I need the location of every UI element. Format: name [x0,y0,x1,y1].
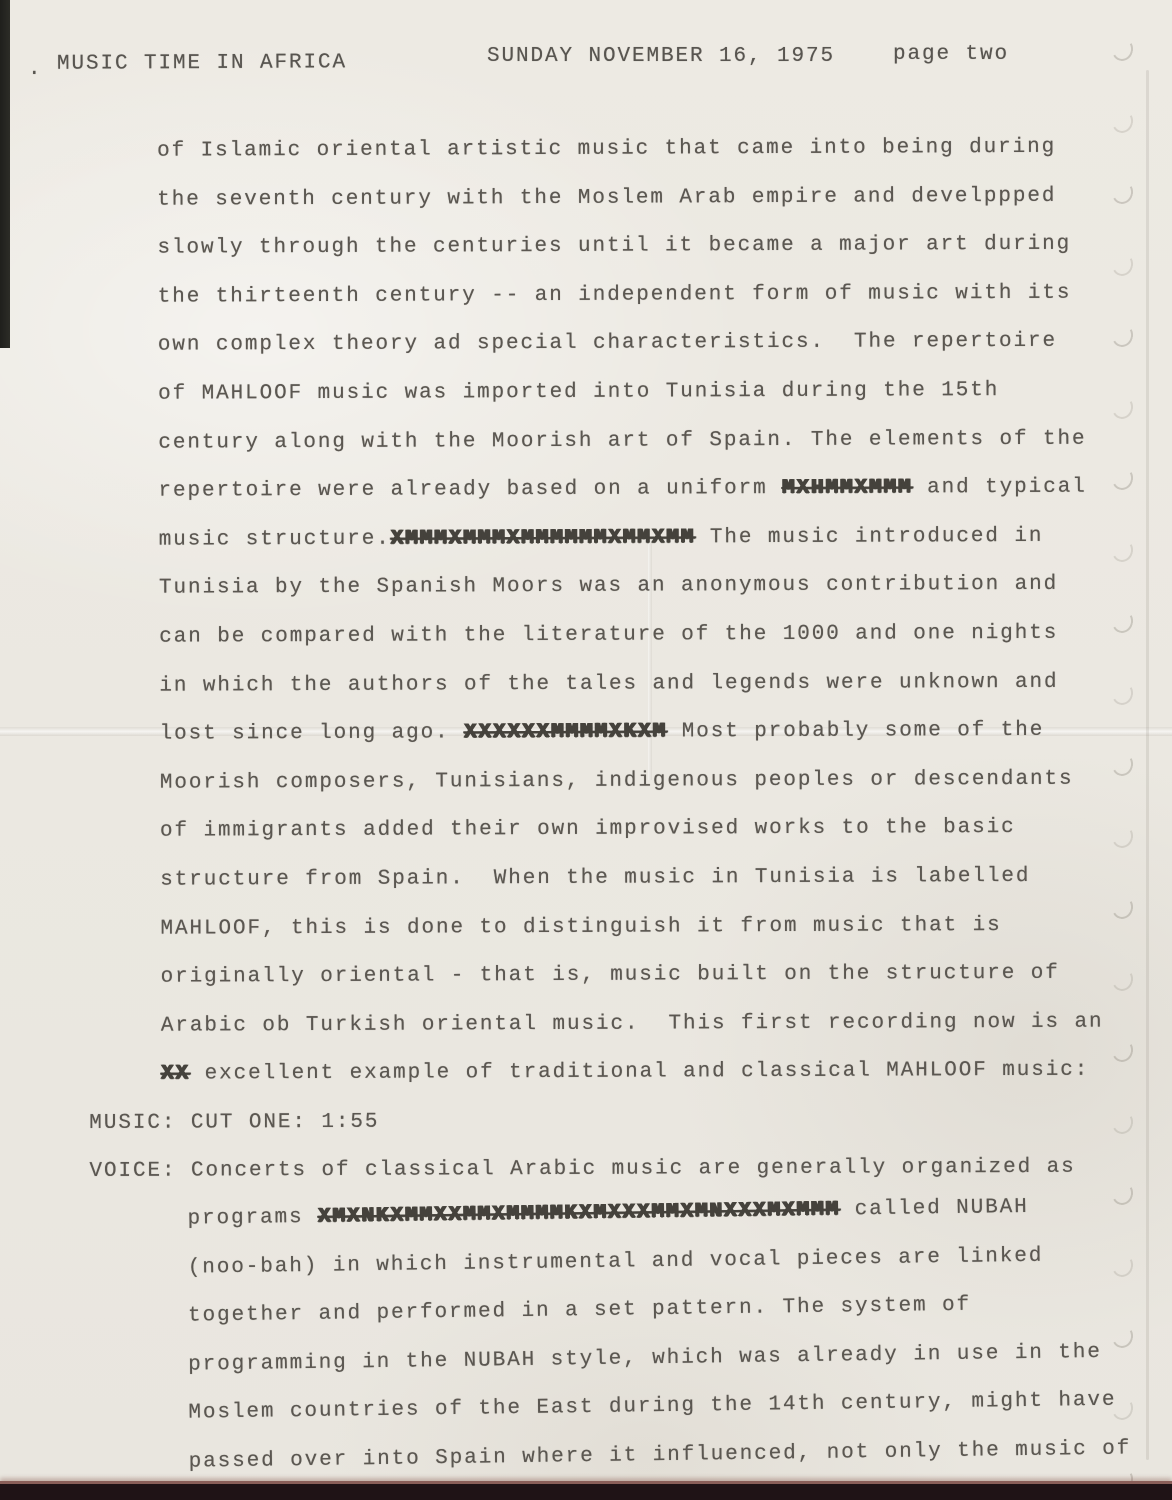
typed-line: own complex theory ad special characteri… [86,330,1126,383]
typed-text-segment: structure from Spain. When the music in … [160,865,1030,892]
typed-text-segment: excellent example of traditional and cla… [190,1059,1089,1086]
typed-text-segment: Arabic ob Turkish oriental music. This f… [161,1010,1104,1037]
typed-text-segment: MUSIC: CUT ONE: 1:55 [89,1111,379,1135]
typed-line: in which the authors of the tales and le… [87,670,1127,723]
scan-edge-left [0,0,10,348]
typed-text-segment: the thirteenth century -- an independent… [158,281,1072,308]
typed-text-segment: and typical [913,476,1087,500]
punch-hole-mark [1110,107,1136,134]
typed-line: of immigrants added their own improvised… [88,816,1128,869]
typed-text-segment: called NUBAH [840,1196,1029,1222]
header-page-label: page two [893,43,1009,66]
typed-line: MUSIC: CUT ONE: 1:55 [89,1107,1129,1160]
typed-line: MAHLOOF, this is done to distinguish it … [88,913,1128,966]
typed-text-segment: century along with the Moorish art of Sp… [158,427,1086,454]
typed-text-segment: of Islamic oriental artistic music that … [157,136,1056,163]
typed-text-segment: slowly through the centuries until it be… [157,233,1071,260]
typed-line: the seventh century with the Moslem Arab… [85,184,1125,237]
typed-text-segment: music structure. [159,527,391,551]
typed-text-segment: of MAHLOOF music was imported into Tunis… [158,379,999,406]
crossed-out-segment: XMMMXMMMXMMMMMMXMMXMM [391,526,696,550]
punch-hole-mark [1110,36,1136,63]
header-date: SUNDAY NOVEMBER 16, 1975 [487,45,835,68]
typed-text-segment: programs [187,1206,318,1231]
typed-text-segment: Most probably some of the [667,719,1044,744]
typed-line: can be compared with the literature of t… [87,621,1127,674]
crossed-out-segment: XX [161,1063,190,1086]
typed-line: Arabic ob Turkish oriental music. This f… [89,1010,1129,1063]
typed-text-segment: lost since long ago. [160,721,465,745]
scan-shadow-right [1146,70,1149,1460]
typed-text-segment: of immigrants added their own improvised… [160,816,1016,843]
typed-text-segment: VOICE: Concerts of classical Arabic musi… [89,1156,1075,1183]
typed-text-segment: Moorish composers, Tunisians, indigenous… [160,767,1074,794]
typed-line: of Islamic oriental artistic music that … [85,135,1125,188]
typed-text-segment: originally oriental - that is, music bui… [161,962,1060,989]
header-title: MUSIC TIME IN AFRICA [57,51,347,76]
typed-line: Tunisia by the Spanish Moors was an anon… [87,573,1127,626]
typed-text-segment: MAHLOOF, this is done to distinguish it … [160,914,1001,941]
typed-line: XX excellent example of traditional and … [89,1059,1129,1112]
typed-line: Moorish composers, Tunisians, indigenous… [88,767,1128,820]
typed-line: century along with the Moorish art of Sp… [86,427,1126,480]
typed-line: originally oriental - that is, music bui… [89,962,1129,1015]
typed-text-segment: in which the authors of the tales and le… [159,670,1058,697]
typed-line: the thirteenth century -- an independent… [86,281,1126,334]
document-page: . MUSIC TIME IN AFRICA SUNDAY NOVEMBER 1… [0,0,1172,1500]
typed-text-segment: own complex theory ad special characteri… [158,330,1057,357]
typed-text-segment: The music introduced in [695,525,1043,550]
stray-period-mark: . [28,58,43,81]
typed-text-segment: repertoire were already based on a unifo… [158,477,782,503]
typed-line: of MAHLOOF music was imported into Tunis… [86,378,1126,431]
typed-line: structure from Spain. When the music in … [88,864,1128,917]
typed-text-body: of Islamic oriental artistic music that … [85,135,1131,1500]
scan-edge-bottom [0,1481,1172,1500]
typed-text-segment: can be compared with the literature of t… [159,622,1058,649]
typed-line: music structure.XMMMXMMMXMMMMMMXMMXMM Th… [87,524,1127,577]
typed-line: lost since long ago. XXXXXXMMMMXKXM Most… [88,719,1128,772]
typed-text-segment: Tunisia by the Spanish Moors was an anon… [159,573,1058,600]
typed-line: slowly through the centuries until it be… [85,233,1125,286]
typed-text-segment: the seventh century with the Moslem Arab… [157,184,1056,211]
crossed-out-segment: XXXXXXMMMMXKXM [464,721,667,745]
crossed-out-segment: MXHMMXMMM [782,477,913,501]
typed-line: repertoire were already based on a unifo… [86,476,1126,529]
